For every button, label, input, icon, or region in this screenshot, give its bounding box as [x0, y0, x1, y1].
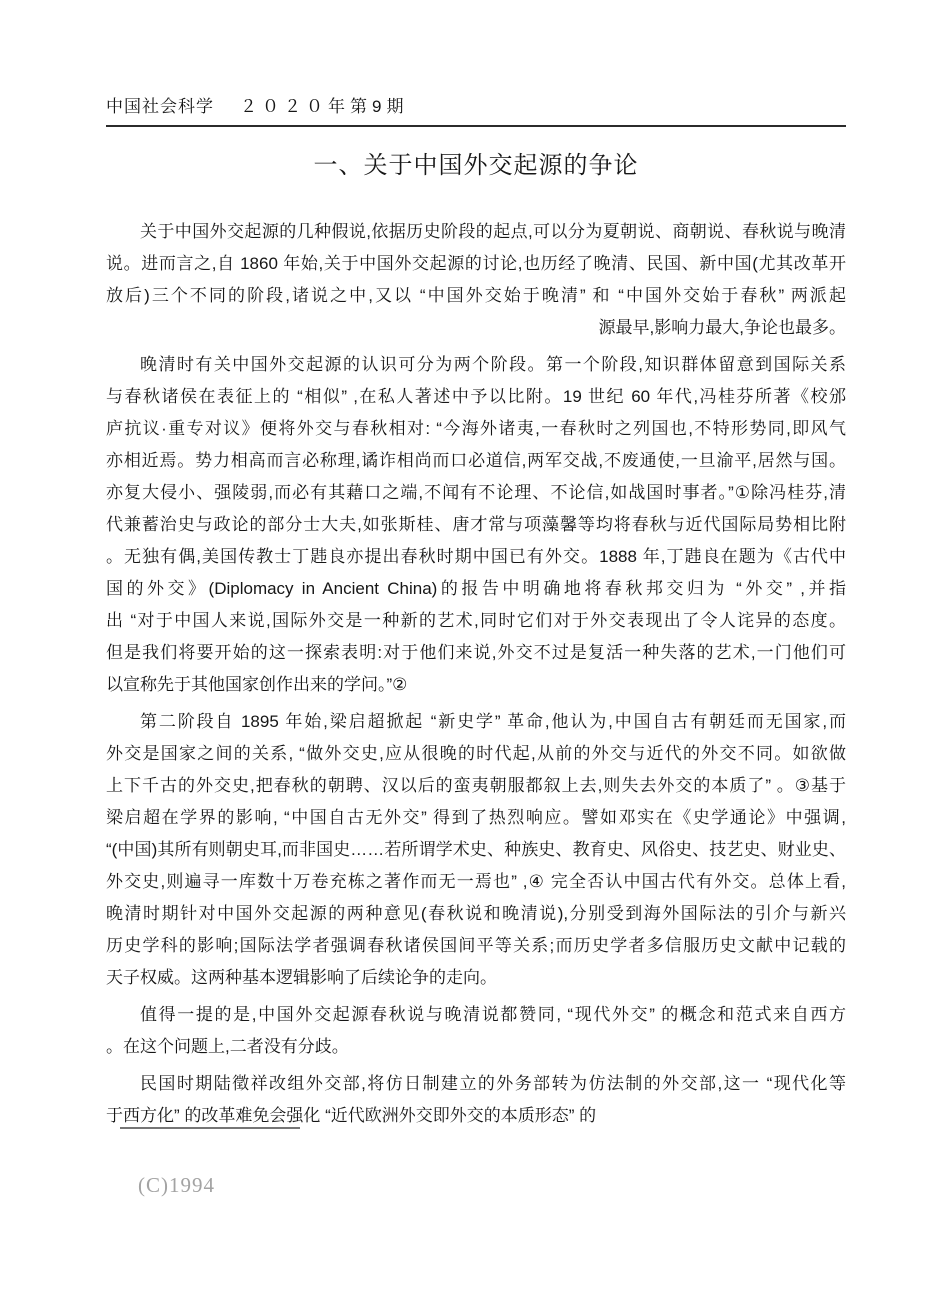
issue-label: ２０２０年第9期 — [240, 97, 408, 116]
text-line: 源最早,影响力最大,争论也最多。 — [106, 312, 846, 344]
document-page: 中国社会科学２０２０年第9期 一、关于中国外交起源的争论 关于中国外交起源的几种… — [0, 0, 950, 1312]
text-line: 。无独有偶,美国传教士丁韪良亦提出春秋时期中国已有外交。1888 年,丁韪良在题… — [106, 541, 846, 573]
text-line: 历史学科的影响;国际法学者强调春秋诸侯国间平等关系;而历史学者多信服历史文献中记… — [106, 930, 846, 962]
text-line: 庐抗议·重专对议》便将外交与春秋相对: “今海外诸夷,一春秋时之列国也,不特形势… — [106, 413, 846, 445]
text-line: 晚清时期针对中国外交起源的两种意见(春秋说和晚清说),分别受到海外国际法的引介与… — [106, 898, 846, 930]
text-line: 梁启超在学界的影响, “中国自古无外交” 得到了热烈响应。譬如邓实在《史学通论》… — [106, 802, 846, 834]
article-body: 关于中国外交起源的几种假说,依据历史阶段的起点,可以分为夏朝说、商朝说、春秋说与… — [106, 216, 846, 1137]
paragraph: 晚清时有关中国外交起源的认识可分为两个阶段。第一个阶段,知识群体留意到国际关系与… — [106, 349, 846, 701]
text-line: 说。进而言之,自 1860 年始,关于中国外交起源的讨论,也历经了晚清、民国、新… — [106, 248, 846, 280]
text-line: 天子权威。这两种基本逻辑影响了后续论争的走向。 — [106, 962, 846, 994]
text-line: 。在这个问题上,二者没有分歧。 — [106, 1031, 846, 1063]
paragraph: 第二阶段自 1895 年始,梁启超掀起 “新史学” 革命,他认为,中国自古有朝廷… — [106, 706, 846, 994]
paragraph: 关于中国外交起源的几种假说,依据历史阶段的起点,可以分为夏朝说、商朝说、春秋说与… — [106, 216, 846, 344]
journal-name: 中国社会科学 — [106, 97, 214, 116]
section-title: 一、关于中国外交起源的争论 — [106, 149, 846, 183]
text-line: “(中国)其所有则朝史耳,而非国史……若所谓学术史、种族史、教育史、风俗史、技艺… — [106, 834, 846, 866]
text-line: 外交史,则遍寻一库数十万卷充栋之著作而无一焉也” ,④ 完全否认中国古代有外交。… — [106, 866, 846, 898]
text-line: 外交是国家之间的关系, “做外交史,应从很晚的时代起,从前的外交与近代的外交不同… — [106, 738, 846, 770]
text-line: 但是我们将要开始的这一探索表明:对于他们来说,外交不过是复活一种失落的艺术,一门… — [106, 637, 846, 669]
running-head: 中国社会科学２０２０年第9期 — [106, 97, 846, 127]
text-line: 民国时期陆徵祥改组外交部,将仿日制建立的外务部转为仿法制的外交部,这一 “现代化… — [106, 1068, 846, 1100]
text-line: 放后)三个不同的阶段,诸说之中,又以 “中国外交始于晚清” 和 “中国外交始于春… — [106, 280, 846, 312]
text-line: 第二阶段自 1895 年始,梁启超掀起 “新史学” 革命,他认为,中国自古有朝廷… — [106, 706, 846, 738]
text-line: 关于中国外交起源的几种假说,依据历史阶段的起点,可以分为夏朝说、商朝说、春秋说与… — [106, 216, 846, 248]
text-line: 晚清时有关中国外交起源的认识可分为两个阶段。第一个阶段,知识群体留意到国际关系 — [106, 349, 846, 381]
footnote-separator — [120, 1127, 300, 1129]
text-line: 亦相近焉。势力相高而言必称理,谲诈相尚而口必道信,两军交战,不废通使,一旦渝平,… — [106, 445, 846, 477]
text-line: 出 “对于中国人来说,国际外交是一种新的艺术,同时它们对于外交表现出了令人诧异的… — [106, 605, 846, 637]
text-line: 国的外交》(Diplomacy in Ancient China)的报告中明确地… — [106, 573, 846, 605]
text-line: 亦复大侵小、强陵弱,而必有其藉口之端,不闻有不论理、不论信,如战国时事者。”①除… — [106, 477, 846, 509]
copyright-notice: (C)1994 — [138, 1172, 215, 1198]
text-line: 与春秋诸侯在表征上的 “相似” ,在私人著述中予以比附。19 世纪 60 年代,… — [106, 381, 846, 413]
text-line: 值得一提的是,中国外交起源春秋说与晚清说都赞同, “现代外交” 的概念和范式来自… — [106, 999, 846, 1031]
text-line: 代兼蓄治史与政论的部分士大夫,如张斯桂、唐才常与项藻馨等均将春秋与近代国际局势相… — [106, 509, 846, 541]
text-line: 上下千古的外交史,把春秋的朝聘、汉以后的蛮夷朝服都叙上去,则失去外交的本质了” … — [106, 770, 846, 802]
paragraph: 值得一提的是,中国外交起源春秋说与晚清说都赞同, “现代外交” 的概念和范式来自… — [106, 999, 846, 1063]
text-line: 以宣称先于其他国家创作出来的学问。”② — [106, 669, 846, 701]
paragraph: 民国时期陆徵祥改组外交部,将仿日制建立的外务部转为仿法制的外交部,这一 “现代化… — [106, 1068, 846, 1132]
